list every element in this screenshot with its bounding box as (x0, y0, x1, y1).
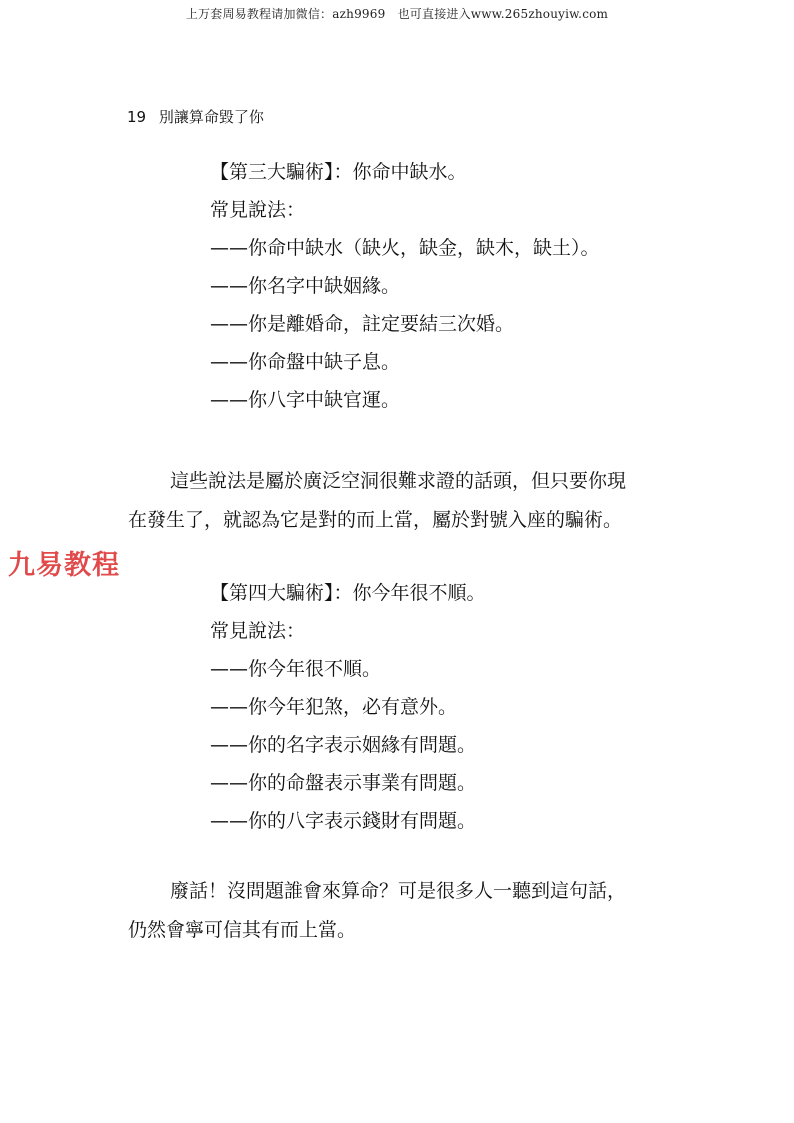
paragraph-line: 廢話！沒問題誰會來算命？可是很多人一聽到這句話， (128, 872, 668, 911)
section-fourth-deception: 【第四大騙術】：你今年很不順。 常見說法： ——你今年很不順。 ——你今年犯煞，… (210, 574, 486, 840)
list-item: ——你是離婚命，註定要結三次婚。 (210, 305, 600, 343)
list-item: ——你八字中缺官運。 (210, 381, 600, 419)
list-item: ——你的八字表示錢財有問題。 (210, 802, 486, 840)
chapter-title: 別讓算命毀了你 (159, 108, 264, 126)
list-item: ——你名字中缺姻緣。 (210, 267, 600, 305)
paragraph-line: 在發生了，就認為它是對的而上當，屬於對號入座的騙術。 (128, 501, 668, 540)
section-third-deception: 【第三大騙術】：你命中缺水。 常見說法： ——你命中缺水（缺火，缺金，缺木，缺土… (210, 153, 600, 419)
header-watermark: 上万套周易教程请加微信：azh9969 也可直接进入www.265zhouyiw… (0, 5, 794, 22)
list-item: ——你的名字表示姻緣有問題。 (210, 726, 486, 764)
list-item: ——你命中缺水（缺火，缺金，缺木，缺土）。 (210, 229, 600, 267)
list-item: ——你今年很不順。 (210, 650, 486, 688)
brand-watermark: 九易教程 (8, 543, 120, 582)
list-item: ——你命盤中缺子息。 (210, 343, 600, 381)
paragraph-explanation-1: 這些說法是屬於廣泛空洞很難求證的話頭，但只要你現 在發生了，就認為它是對的而上當… (128, 462, 668, 540)
paragraph-line: 仍然會寧可信其有而上當。 (128, 911, 668, 950)
section-title: 【第四大騙術】：你今年很不順。 (210, 574, 486, 612)
chapter-number: 19 (127, 108, 146, 126)
section-title: 【第三大騙術】：你命中缺水。 (210, 153, 600, 191)
paragraph-line: 這些說法是屬於廣泛空洞很難求證的話頭，但只要你現 (128, 462, 668, 501)
section-subtitle: 常見說法： (210, 191, 600, 229)
list-item: ——你的命盤表示事業有問題。 (210, 764, 486, 802)
chapter-heading: 19 別讓算命毀了你 (127, 106, 264, 127)
paragraph-explanation-2: 廢話！沒問題誰會來算命？可是很多人一聽到這句話， 仍然會寧可信其有而上當。 (128, 872, 668, 950)
section-subtitle: 常見說法： (210, 612, 486, 650)
list-item: ——你今年犯煞，必有意外。 (210, 688, 486, 726)
